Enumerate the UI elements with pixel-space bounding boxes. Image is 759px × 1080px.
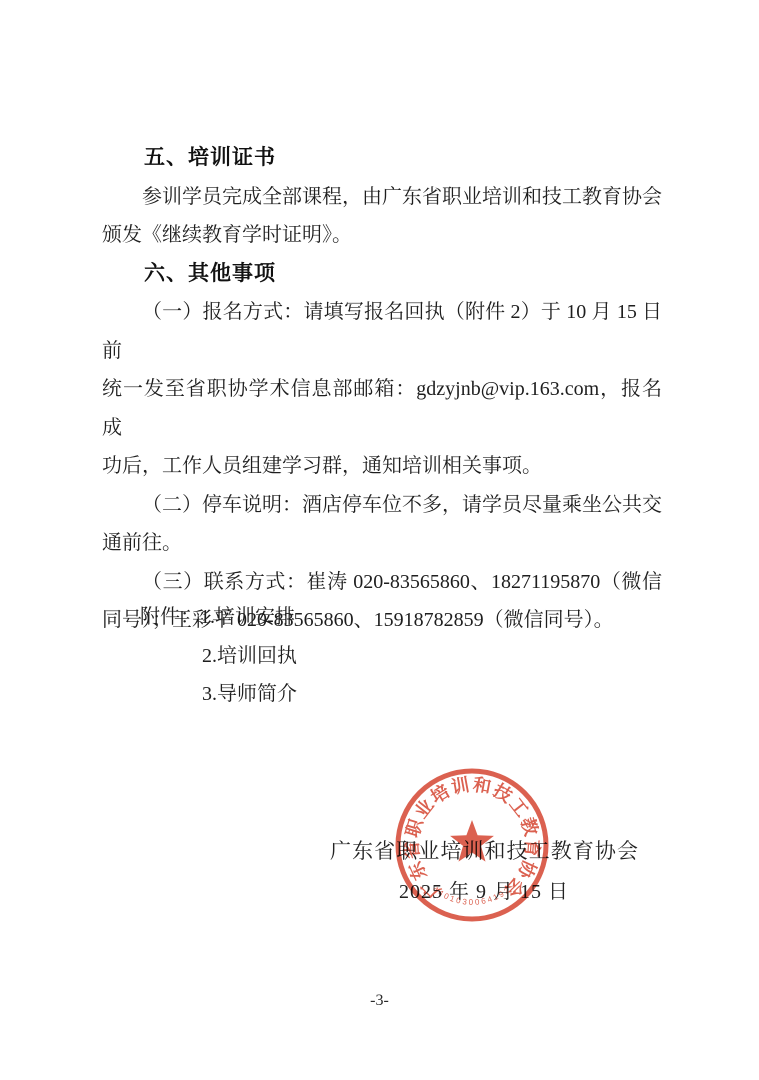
paragraph-line: 功后，工作人员组建学习群，通知培训相关事项。	[102, 447, 662, 486]
attachment-item: 3.导师简介	[202, 675, 297, 714]
paragraph-line: 颁发《继续教育学时证明》。	[102, 216, 662, 255]
attachment-row: 附件： 1.培训安排	[140, 598, 297, 637]
attachment-row: 2.培训回执	[202, 637, 297, 676]
paragraph-line: （一）报名方式：请填写报名回执（附件 2）于 10 月 15 日前	[102, 293, 662, 370]
document-body: 五、培训证书 参训学员完成全部课程，由广东省职业培训和技工教育协会 颁发《继续教…	[102, 139, 662, 640]
attachment-item: 1.培训安排	[200, 598, 295, 637]
paragraph-line: 参训学员完成全部课程，由广东省职业培训和技工教育协会	[102, 178, 662, 217]
paragraph-line: 通前往。	[102, 524, 662, 563]
paragraph-line: （二）停车说明：酒店停车位不多，请学员尽量乘坐公共交	[102, 486, 662, 525]
paragraph-line: 统一发至省职协学术信息部邮箱：gdzyjnb@vip.163.com，报名成	[102, 370, 662, 447]
attachments-label: 附件：	[140, 598, 200, 637]
section-heading-6: 六、其他事项	[102, 255, 662, 294]
document-page: 五、培训证书 参训学员完成全部课程，由广东省职业培训和技工教育协会 颁发《继续教…	[0, 0, 759, 1080]
attachment-item: 2.培训回执	[202, 637, 297, 676]
signature-org-name: 广东省职业培训和技工教育协会	[330, 838, 638, 864]
page-number: -3-	[0, 992, 759, 1010]
signature-date: 2025 年 9 月 15 日	[330, 879, 638, 905]
attachments-list: 附件： 1.培训安排 2.培训回执 3.导师简介	[140, 598, 297, 714]
paragraph-line: （三）联系方式：崔涛 020-83565860、18271195870（微信	[102, 563, 662, 602]
attachment-row: 3.导师简介	[202, 675, 297, 714]
section-heading-5: 五、培训证书	[102, 139, 662, 178]
